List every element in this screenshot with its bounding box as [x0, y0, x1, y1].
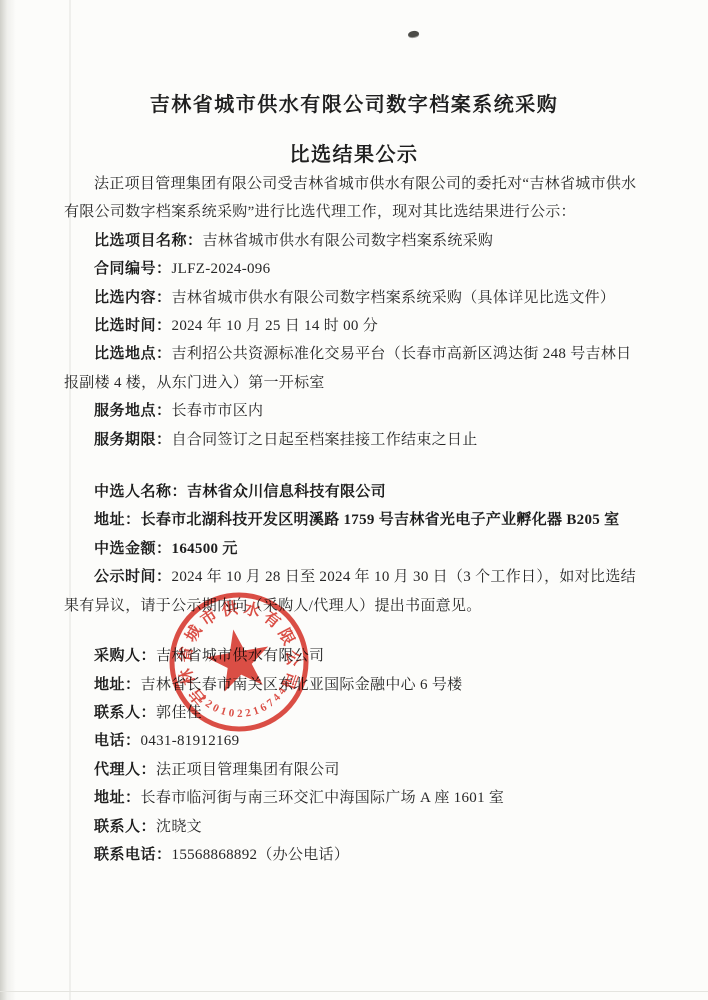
field-row-bid-content: 比选内容：吉林省城市供水有限公司数字档案系统采购（具体详见比选文件） — [64, 284, 644, 312]
svg-text:林: 林 — [176, 666, 198, 687]
svg-text:2: 2 — [237, 708, 243, 720]
field-row-agent-phone: 联系电话：15568868892（办公电话） — [64, 841, 644, 869]
document-body: 吉林省城市供水有限公司数字档案系统采购 比选结果公示 法正项目管理集团有限公司受… — [64, 90, 644, 869]
field-label: 比选内容： — [94, 290, 172, 306]
field-row-purchaser: 采购人：吉林省城市供水有限公司 — [64, 642, 644, 670]
field-label: 联系人： — [94, 819, 156, 835]
field-label: 联系电话： — [94, 847, 172, 863]
field-label: 服务地点： — [94, 403, 172, 419]
section-gap — [64, 620, 644, 642]
seal-star-icon — [202, 624, 274, 694]
svg-text:2: 2 — [244, 707, 252, 720]
page-title-line1: 吉林省城市供水有限公司数字档案系统采购 — [64, 90, 644, 120]
svg-text:公: 公 — [283, 650, 302, 668]
svg-text:1: 1 — [219, 705, 228, 718]
field-row-contract-no: 合同编号：JLFZ-2024-096 — [64, 255, 644, 283]
field-value: 长春市临河街与南三环交汇中海国际广场 A 座 1601 室 — [141, 790, 505, 806]
field-label: 代理人： — [94, 762, 156, 778]
field-label: 电话： — [94, 733, 141, 749]
field-label: 合同编号： — [94, 261, 172, 277]
svg-text:省: 省 — [176, 645, 196, 663]
field-row-service-term: 服务期限：自合同签订之日起至档案挂接工作结束之日止 — [64, 426, 644, 454]
field-row-agent-address: 地址：长春市临河街与南三环交汇中海国际广场 A 座 1601 室 — [64, 784, 644, 812]
field-label: 比选地点： — [94, 346, 172, 362]
scan-bottom-line — [0, 991, 708, 992]
field-label: 联系人： — [94, 705, 156, 721]
field-value: 自合同签订之日起至档案挂接工作结束之日止 — [172, 432, 478, 448]
field-value: 沈晓文 — [156, 819, 202, 835]
field-row-bid-time: 比选时间：2024 年 10 月 25 日 14 时 00 分 — [64, 312, 644, 340]
field-value: 吉林省众川信息科技有限公司 — [187, 484, 386, 500]
field-value: 2024 年 10 月 25 日 14 时 00 分 — [172, 318, 379, 334]
field-row-agent-contact: 联系人：沈晓文 — [64, 813, 644, 841]
publicity-paragraph: 公示时间：2024 年 10 月 28 日至 2024 年 10 月 30 日（… — [64, 563, 644, 620]
page-title-line2: 比选结果公示 — [64, 140, 644, 170]
field-value: 吉林省城市供水有限公司数字档案系统采购 — [203, 233, 494, 249]
field-label: 比选项目名称： — [94, 233, 203, 249]
field-label: 地址： — [94, 677, 141, 693]
field-label: 比选时间： — [94, 318, 172, 334]
field-label: 中选人名称： — [94, 484, 187, 500]
field-value: 164500 元 — [172, 541, 238, 557]
field-value: 吉林省城市供水有限公司数字档案系统采购（具体详见比选文件） — [172, 290, 616, 306]
field-row-winner-amount: 中选金额：164500 元 — [64, 535, 644, 563]
svg-text:水: 水 — [242, 599, 262, 620]
field-label: 地址： — [94, 512, 141, 528]
scan-speck — [408, 30, 420, 37]
field-row-agent: 代理人：法正项目管理集团有限公司 — [64, 756, 644, 784]
field-label: 服务期限： — [94, 432, 172, 448]
section-gap — [64, 454, 644, 478]
field-value: 15568868892（办公电话） — [172, 847, 350, 863]
field-value: 长春市北湖科技开发区明溪路 1759 号吉林省光电子产业孵化器 B205 室 — [141, 512, 620, 528]
field-label: 采购人： — [94, 648, 156, 664]
svg-text:供: 供 — [220, 598, 240, 620]
svg-text:0: 0 — [228, 707, 236, 720]
field-row-winner-name: 中选人名称：吉林省众川信息科技有限公司 — [64, 478, 644, 506]
field-row-winner-address: 地址：长春市北湖科技开发区明溪路 1759 号吉林省光电子产业孵化器 B205 … — [64, 506, 644, 534]
company-seal: 吉林省城市供水有限公司 2201022167448 — [164, 587, 314, 737]
field-row-purchaser-contact: 联系人：郭佳佳 — [64, 699, 644, 727]
field-row-purchaser-address: 地址：吉林省长春市南关区东北亚国际金融中心 6 号楼 — [64, 671, 644, 699]
field-row-bid-place: 比选地点：吉利招公共资源标准化交易平台（长春市高新区鸿达街 248 号吉林日报副… — [64, 340, 644, 397]
field-label: 地址： — [94, 790, 141, 806]
field-value: JLFZ-2024-096 — [172, 261, 271, 277]
field-label: 中选金额： — [94, 541, 172, 557]
field-label: 公示时间： — [94, 569, 172, 585]
intro-paragraph: 法正项目管理集团有限公司受吉林省城市供水有限公司的委托对“吉林省城市供水有限公司… — [64, 170, 644, 227]
field-value: 长春市市区内 — [172, 403, 264, 419]
field-row-service-place: 服务地点：长春市市区内 — [64, 397, 644, 425]
scan-edge-shadow — [0, 0, 16, 1000]
field-value: 法正项目管理集团有限公司 — [156, 762, 340, 778]
field-row-purchaser-phone: 电话：0431-81912169 — [64, 727, 644, 755]
field-row-project-name: 比选项目名称：吉林省城市供水有限公司数字档案系统采购 — [64, 227, 644, 255]
document-page: 吉林省城市供水有限公司数字档案系统采购 比选结果公示 法正项目管理集团有限公司受… — [0, 0, 708, 1000]
